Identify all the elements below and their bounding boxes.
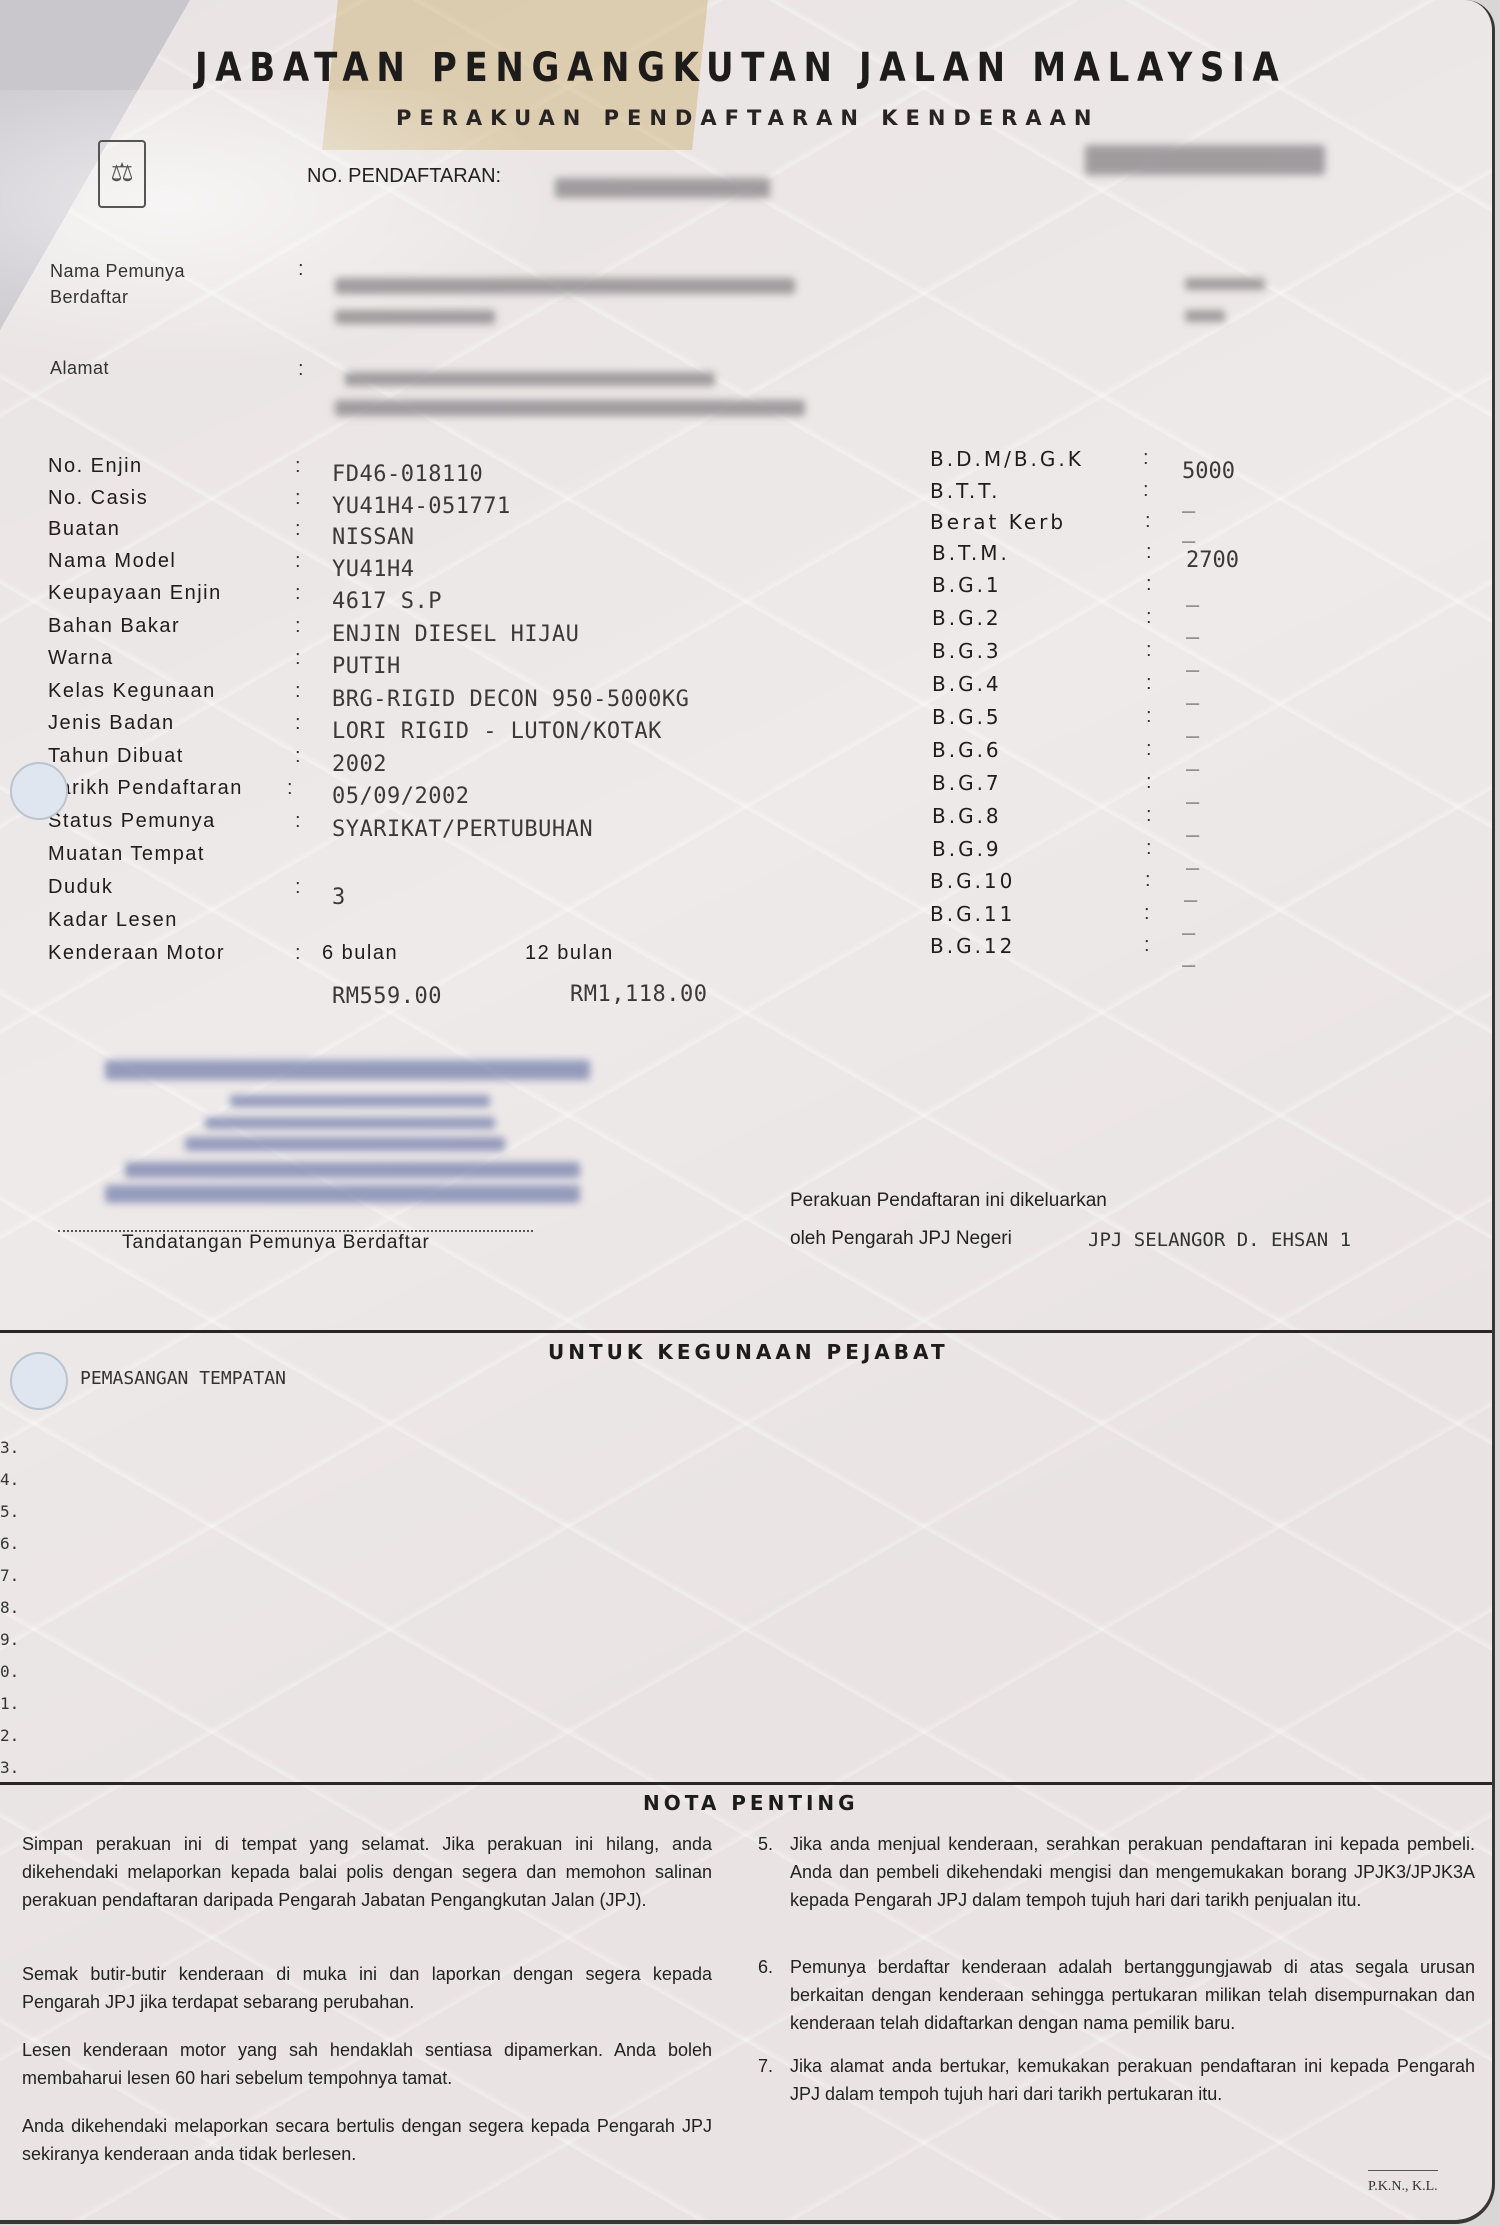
weight-value: _ — [1186, 582, 1199, 607]
note-item-2: Semak butir-butir kenderaan di muka ini … — [22, 1960, 712, 2016]
owner-id-redacted — [335, 310, 495, 324]
colon: : — [295, 876, 301, 899]
note-number: 7. — [758, 2052, 773, 2080]
section-divider — [0, 1782, 1492, 1785]
make-value: NISSAN — [332, 525, 414, 550]
note-text: Anda dikehendaki melaporkan secara bertu… — [22, 2116, 712, 2164]
weight-value: 2700 — [1186, 548, 1239, 573]
colon: : — [295, 582, 301, 605]
weight-label: B.G.1 — [932, 573, 1002, 597]
side-redacted-1 — [1185, 278, 1265, 290]
colon: : — [1144, 934, 1150, 957]
model-value: YU41H4 — [332, 557, 414, 582]
weight-value: _ — [1186, 845, 1199, 870]
engine-no-label: No. Enjin — [48, 455, 143, 478]
address-line-1-redacted — [345, 372, 715, 386]
colon: : — [287, 777, 293, 800]
owner-name-redacted — [335, 278, 795, 294]
note-text: Semak butir-butir kenderaan di muka ini … — [22, 1964, 712, 2012]
stamp-redacted — [105, 1060, 590, 1080]
registration-date-label: Tarikh Pendaftaran — [48, 777, 243, 800]
printer-mark: P.K.N., K.L. — [1368, 2170, 1438, 2195]
colon: : — [1145, 510, 1151, 533]
colon: : — [1146, 837, 1152, 860]
color-value: PUTIH — [332, 654, 401, 679]
note-text: Jika alamat anda bertukar, kemukakan per… — [790, 2056, 1475, 2104]
weight-value: _ — [1186, 812, 1199, 837]
note-text: Lesen kenderaan motor yang sah hendaklah… — [22, 2040, 712, 2088]
office-use-line-numbers: 3. 4. 5. 6. 7. 8. 9. 0. 1. 2. 3. — [0, 1438, 19, 1790]
stamp-redacted — [185, 1137, 505, 1151]
line-number: 5. — [0, 1502, 19, 1534]
plastic-glare — [0, 90, 560, 370]
line-number: 8. — [0, 1598, 19, 1630]
engine-no-value: FD46-018110 — [332, 462, 483, 487]
seating-label-line2: Duduk — [48, 876, 113, 899]
colon: : — [295, 647, 301, 670]
chassis-no-label: No. Casis — [48, 487, 148, 510]
stamp-redacted — [205, 1117, 495, 1129]
chassis-no-value: YU41H4-051771 — [332, 494, 511, 519]
engine-capacity-label: Keupayaan Enjin — [48, 582, 222, 605]
stamp-redacted — [125, 1162, 580, 1178]
note-item-4: Anda dikehendaki melaporkan secara bertu… — [22, 2112, 712, 2168]
colon: : — [1144, 902, 1150, 925]
body-type-value: LORI RIGID - LUTON/KOTAK — [332, 719, 662, 744]
colon: : — [1146, 672, 1152, 695]
notes-title: NOTA PENTING — [643, 1791, 859, 1815]
seating-label-line1: Muatan Tempat — [48, 843, 205, 866]
weight-value: _ — [1186, 779, 1199, 804]
weight-label: B.D.M/B.G.K — [930, 447, 1084, 471]
issuing-office: JPJ SELANGOR D. EHSAN 1 — [1088, 1229, 1351, 1251]
note-text: Jika anda menjual kenderaan, serahkan pe… — [790, 1834, 1475, 1910]
address-line-2-redacted — [335, 400, 805, 416]
serial-number-redacted — [1085, 145, 1325, 175]
line-number: 1. — [0, 1694, 19, 1726]
weight-label: B.G.7 — [932, 771, 1002, 795]
weight-value: _ — [1186, 746, 1199, 771]
seating-value: 3 — [332, 885, 346, 910]
punch-hole — [10, 762, 68, 820]
colon: : — [1145, 869, 1151, 892]
colon: : — [1143, 447, 1149, 470]
registration-number-redacted — [555, 178, 770, 198]
fuel-value: ENJIN DIESEL HIJAU — [332, 622, 579, 647]
note-item-6: 6. Pemunya berdaftar kenderaan adalah be… — [790, 1953, 1475, 2037]
note-item-7: 7. Jika alamat anda bertukar, kemukakan … — [790, 2052, 1475, 2108]
colon: : — [295, 680, 301, 703]
colon: : — [295, 712, 301, 735]
pemasangan-tempatan-label: PEMASANGAN TEMPATAN — [80, 1368, 286, 1389]
side-redacted-2 — [1185, 310, 1225, 322]
weight-label: B.T.T. — [930, 479, 1000, 503]
usage-class-value: BRG-RIGID DECON 950-5000KG — [332, 687, 689, 712]
colon: : — [298, 358, 304, 381]
weight-value: _ — [1186, 680, 1199, 705]
note-item-5: 5. Jika anda menjual kenderaan, serahkan… — [790, 1830, 1475, 1914]
note-number: 5. — [758, 1830, 773, 1858]
colon: : — [295, 487, 301, 510]
line-number: 6. — [0, 1534, 19, 1566]
line-number: 3. — [0, 1758, 19, 1790]
note-text: Simpan perakuan ini di tempat yang selam… — [22, 1834, 712, 1910]
model-label: Nama Model — [48, 550, 176, 573]
weight-label: B.G.12 — [930, 934, 1015, 958]
weight-value: _ — [1182, 910, 1195, 935]
owner-status-label: Status Pemunya — [48, 810, 216, 833]
document-title: JABATAN PENGANGKUTAN JALAN MALAYSIA — [195, 45, 1286, 91]
period-12-months: 12 bulan — [525, 942, 614, 965]
colon: : — [1146, 771, 1152, 794]
note-text: Pemunya berdaftar kenderaan adalah berta… — [790, 1957, 1475, 2033]
weight-value: _ — [1186, 713, 1199, 738]
fuel-label: Bahan Bakar — [48, 615, 180, 638]
address-label: Alamat — [50, 358, 109, 379]
section-divider — [0, 1330, 1492, 1333]
note-number: 6. — [758, 1953, 773, 1981]
weight-value: _ — [1182, 942, 1195, 967]
colon: : — [1146, 573, 1152, 596]
colon: : — [1146, 639, 1152, 662]
colon: : — [295, 615, 301, 638]
color-label: Warna — [48, 647, 114, 670]
weight-label: B.G.8 — [932, 804, 1002, 828]
weight-value: _ — [1182, 518, 1195, 543]
year-made-value: 2002 — [332, 752, 387, 777]
issuance-line-1: Perakuan Pendaftaran ini dikeluarkan — [790, 1190, 1107, 1212]
engine-capacity-value: 4617 S.P — [332, 589, 442, 614]
license-rate-label-line1: Kadar Lesen — [48, 909, 178, 932]
owner-status-value: SYARIKAT/PERTUBUHAN — [332, 817, 593, 842]
weight-value: _ — [1182, 488, 1195, 513]
make-label: Buatan — [48, 518, 120, 541]
body-type-label: Jenis Badan — [48, 712, 175, 735]
colon: : — [1146, 606, 1152, 629]
weight-label: B.G.5 — [932, 705, 1002, 729]
colon: : — [295, 810, 301, 833]
line-number: 3. — [0, 1438, 19, 1470]
year-made-label: Tahun Dibuat — [48, 745, 184, 768]
document-subtitle: PERAKUAN PENDAFTARAN KENDERAAN — [396, 106, 1099, 130]
colon: : — [295, 942, 301, 965]
registration-number-label: NO. PENDAFTARAN: — [307, 165, 501, 188]
registration-date-value: 05/09/2002 — [332, 784, 469, 809]
punch-hole — [10, 1352, 68, 1410]
issuance-line-2: oleh Pengarah JPJ Negeri — [790, 1228, 1012, 1250]
period-6-months: 6 bulan — [322, 942, 398, 965]
weight-label: B.G.9 — [932, 837, 1002, 861]
colon: : — [1146, 705, 1152, 728]
weight-value: _ — [1184, 877, 1197, 902]
line-number: 2. — [0, 1726, 19, 1758]
colon: : — [295, 745, 301, 768]
weight-label: B.G.6 — [932, 738, 1002, 762]
registration-certificate-page: JABATAN PENGANGKUTAN JALAN MALAYSIA PERA… — [0, 0, 1495, 2224]
weight-label: B.G.2 — [932, 606, 1002, 630]
usage-class-label: Kelas Kegunaan — [48, 680, 216, 703]
office-use-title: UNTUK KEGUNAAN PEJABAT — [548, 1340, 949, 1364]
rate-6-months: RM559.00 — [332, 984, 442, 1009]
rate-12-months: RM1,118.00 — [570, 982, 707, 1007]
stamp-redacted — [230, 1095, 490, 1107]
colon: : — [1146, 541, 1152, 564]
weight-value: _ — [1186, 614, 1199, 639]
note-item-1: Simpan perakuan ini di tempat yang selam… — [22, 1830, 712, 1914]
note-item-3: Lesen kenderaan motor yang sah hendaklah… — [22, 2036, 712, 2092]
weight-label: B.G.10 — [930, 869, 1015, 893]
weight-label: Berat Kerb — [930, 510, 1066, 534]
line-number: 9. — [0, 1630, 19, 1662]
weight-label: B.G.4 — [932, 672, 1002, 696]
colon: : — [1143, 479, 1149, 502]
colon: : — [295, 550, 301, 573]
weight-value: _ — [1186, 647, 1199, 672]
colon: : — [298, 258, 304, 281]
owner-name-label: Nama Pemunya Berdaftar — [50, 258, 210, 310]
colon: : — [1146, 804, 1152, 827]
colon: : — [1146, 738, 1152, 761]
signature-label: Tandatangan Pemunya Berdaftar — [122, 1232, 430, 1254]
line-number: 4. — [0, 1470, 19, 1502]
line-number: 0. — [0, 1662, 19, 1694]
line-number: 7. — [0, 1566, 19, 1598]
weight-label: B.G.11 — [930, 902, 1015, 926]
weight-label: B.T.M. — [932, 541, 1010, 565]
stamp-redacted — [105, 1185, 580, 1203]
colon: : — [295, 455, 301, 478]
jpj-crest-icon: ⚖ — [98, 140, 146, 208]
weight-label: B.G.3 — [932, 639, 1002, 663]
colon: : — [295, 518, 301, 541]
weight-value: 5000 — [1182, 459, 1235, 484]
license-rate-label-line2: Kenderaan Motor — [48, 942, 225, 965]
